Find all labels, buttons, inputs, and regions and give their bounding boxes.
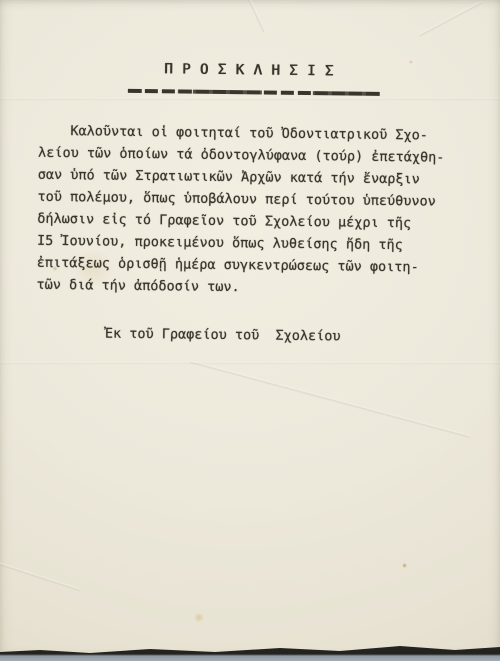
scanned-document-photo: Π Ρ Ο Σ Κ Λ Η Σ Ι Σ Καλοῦνται οἱ φοιτητα… [0,0,500,661]
body-paragraph: Καλοῦνται οἱ φοιτηταί τοῦ Ὀδοντιατρικοῦ … [36,120,478,301]
paper-sheet: Π Ρ Ο Σ Κ Λ Η Σ Ι Σ Καλοῦνται οἱ φοιτητα… [0,0,500,661]
signature-text: Ἐκ τοῦ Γραφείου τοῦ Σχολείου [105,323,341,348]
typed-content: Π Ρ Ο Σ Κ Λ Η Σ Ι Σ Καλοῦνται οἱ φοιτητα… [0,0,500,661]
document-title: Π Ρ Ο Σ Κ Λ Η Σ Ι Σ [164,61,334,79]
title-dashed-underline [128,89,380,96]
